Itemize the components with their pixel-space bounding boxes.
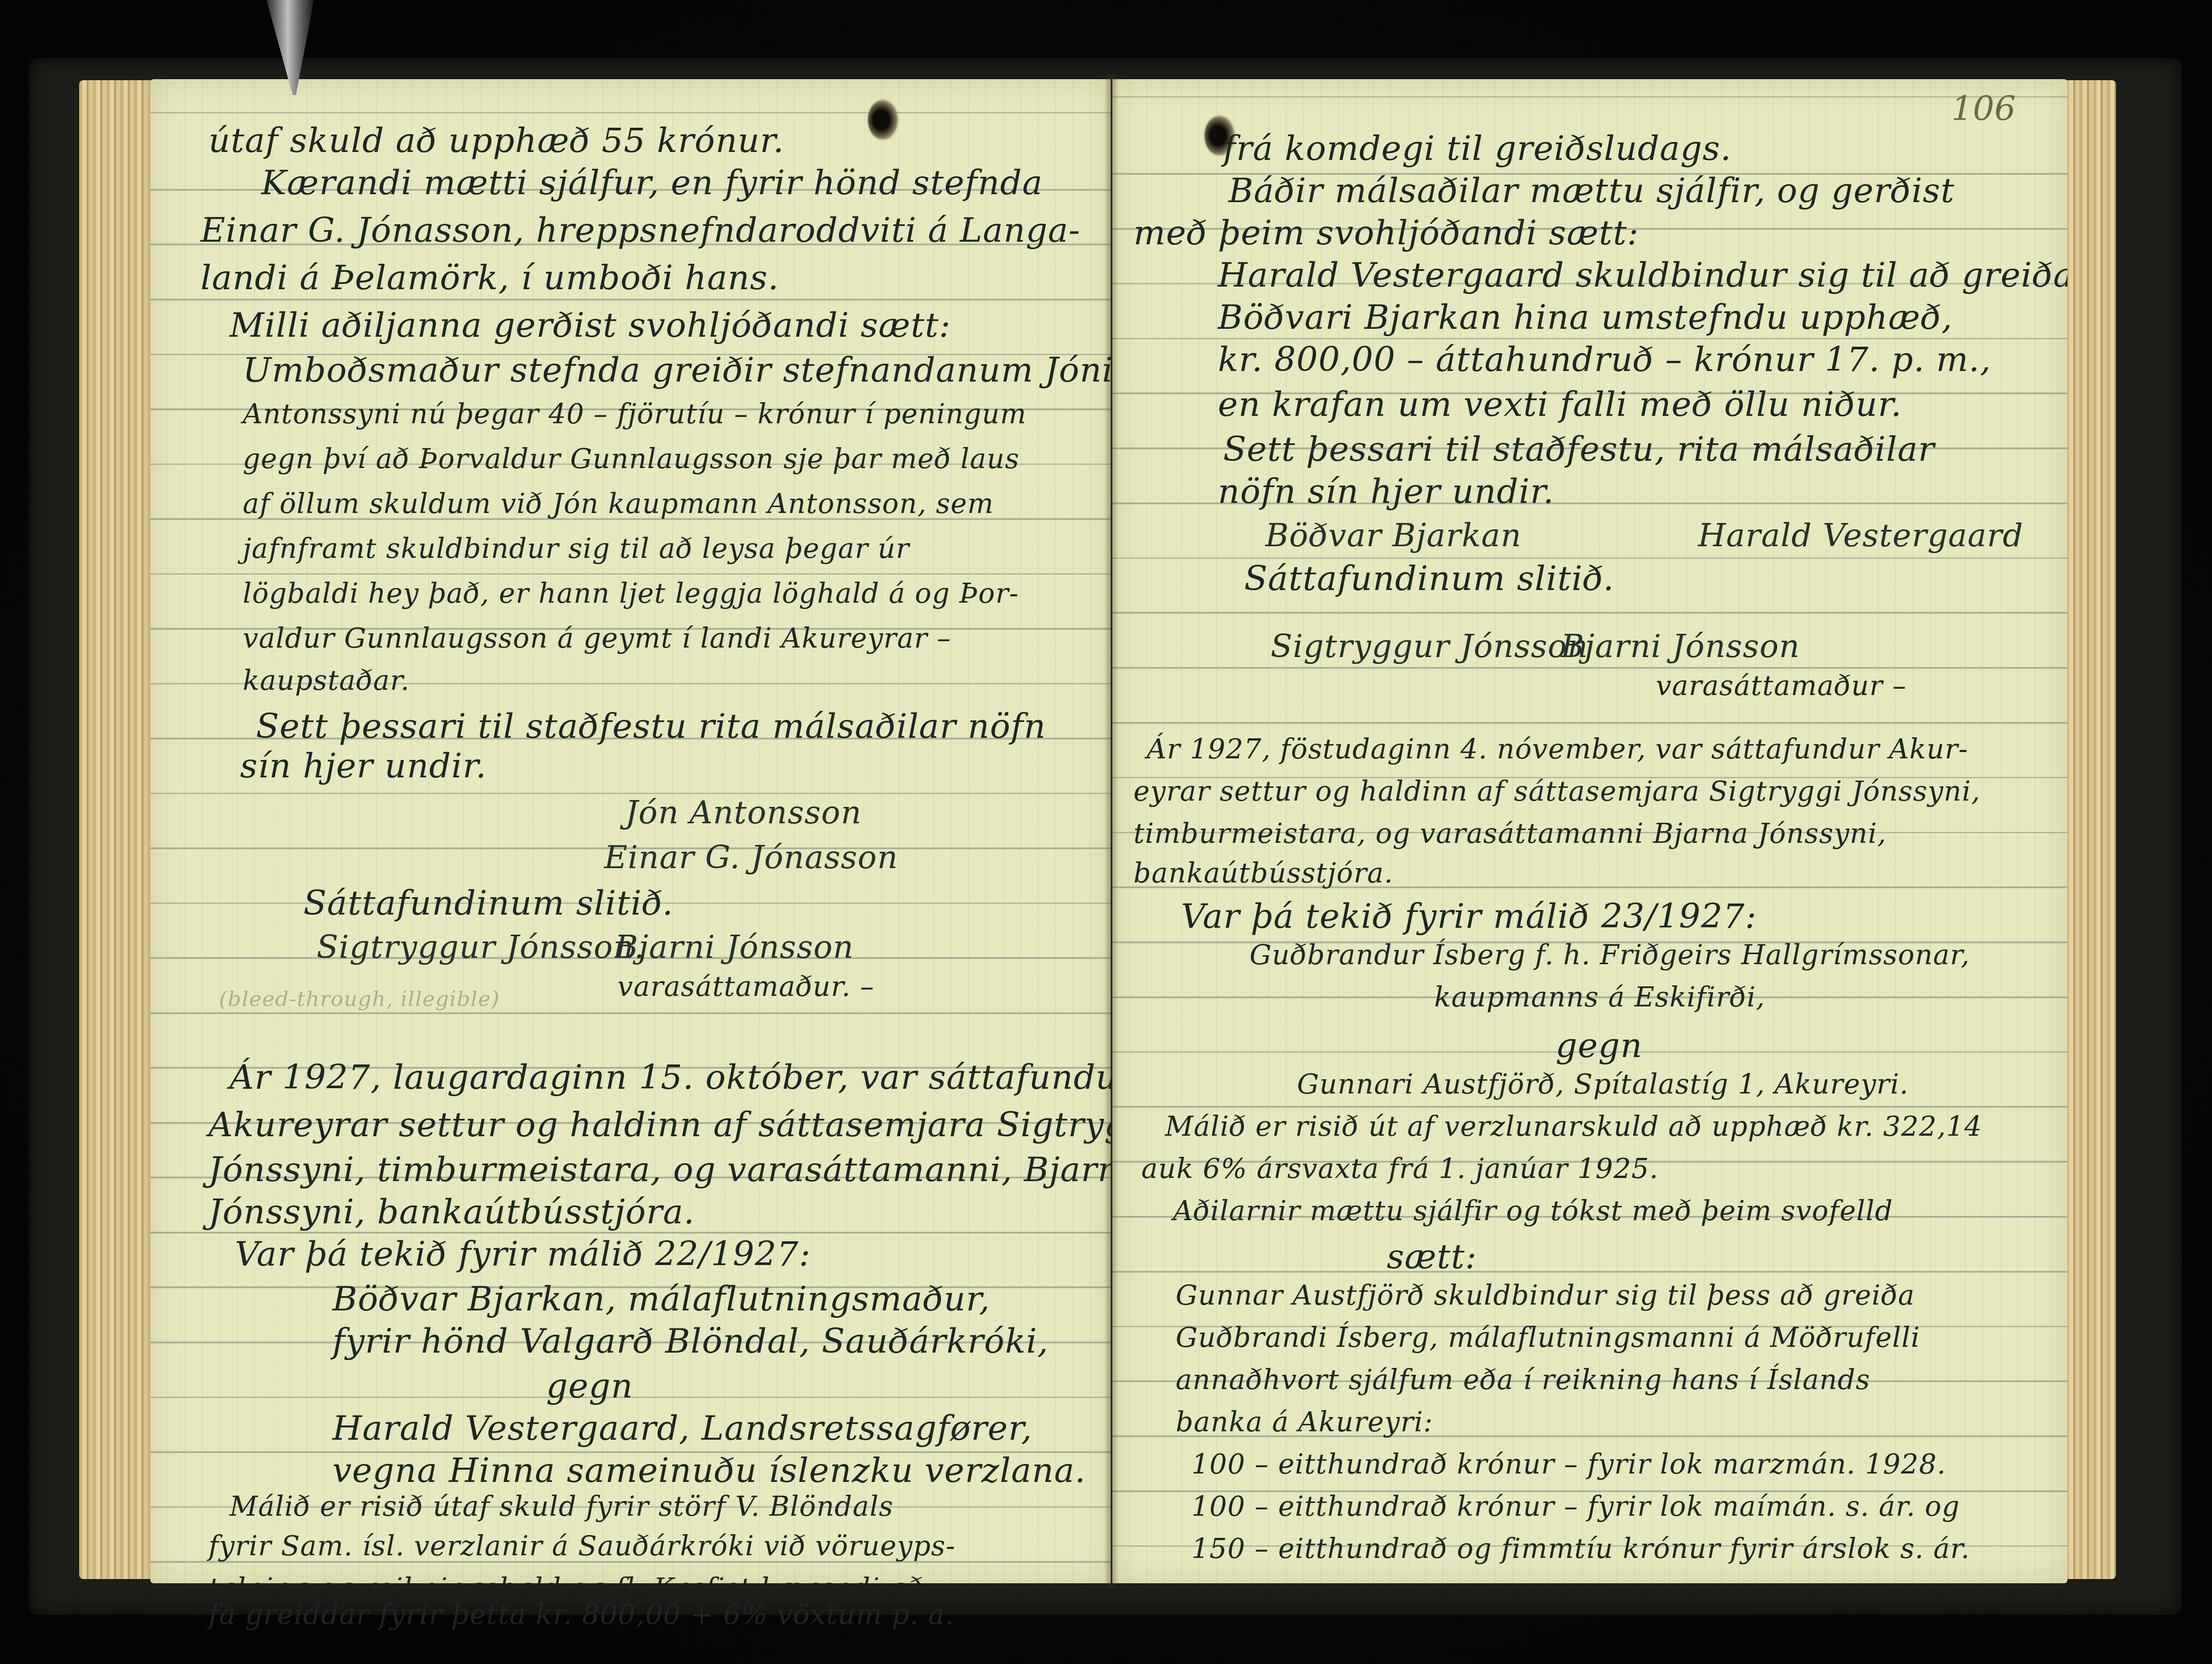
installment-line: 100 – eitthundrað krónur – fyrir lok mar… <box>1191 1449 1946 1480</box>
signature-title: varasáttamaður. – <box>617 971 874 1003</box>
text-line: fá greiddar fyrir þetta kr. 800,00 + 6% … <box>208 1599 955 1631</box>
text-line: útaf skuld að upphæð 55 krónur. <box>208 121 784 160</box>
plaintiff-line: fyrir hönd Valgarð Blöndal, Sauðárkróki, <box>332 1322 1048 1361</box>
plaintiff-line: Guðbrandur Ísberg f. h. Friðgeirs Hallgr… <box>1250 939 1970 971</box>
text-line: Kærandi mætti sjálfur, en fyrir hönd ste… <box>261 164 1043 203</box>
page-number: 106 <box>1951 90 2016 129</box>
signature: Einar G. Jónasson <box>604 839 898 876</box>
text-line: Jónssyni, timburmeistara, og varasáttama… <box>208 1150 1111 1190</box>
versus-label: gegn <box>546 1367 633 1406</box>
defendant-line: Gunnari Austfjörð, Spítalastíg 1, Akurey… <box>1297 1069 1909 1100</box>
punch-hole <box>868 100 898 139</box>
text-line: eyrar settur og haldinn af sáttasemjara … <box>1133 776 1980 807</box>
text-line: Aðilarnir mættu sjálfir og tókst með þei… <box>1173 1195 1893 1227</box>
text-line: fyrir Sam. ísl. verzlanir á Sauðárkróki … <box>208 1530 956 1562</box>
text-line: af öllum skuldum við Jón kaupmann Antons… <box>243 488 994 520</box>
text-line: annaðhvort sjálfum eða í reikning hans í… <box>1176 1364 1870 1396</box>
closing-line: Sáttafundinum slitið. <box>1244 559 1614 598</box>
text-line: auk 6% ársvaxta frá 1. janúar 1925. <box>1141 1153 1658 1185</box>
text-line: Antonssyni nú þegar 40 – fjörutíu – krón… <box>243 398 1027 430</box>
signature: Harald Vestergaard <box>1698 517 2024 554</box>
text-line: jafnframt skuldbindur sig til að leysa þ… <box>243 533 910 565</box>
signature: Sigtryggur Jónsson. <box>317 929 645 966</box>
text-line: Sett þessari til staðfestu, rita málsaði… <box>1223 430 1935 469</box>
text-line: Báðir málsaðilar mættu sjálfir, og gerði… <box>1228 172 1954 211</box>
signature: Bjarni Jónsson <box>615 929 854 966</box>
text-line: Málið er risið útaf skuld fyrir störf V.… <box>230 1491 893 1523</box>
text-line: Gunnar Austfjörð skuldbindur sig til þes… <box>1176 1280 1915 1311</box>
text-line: bankaútbússtjóra. <box>1133 858 1394 889</box>
plaintiff-line: Böðvar Bjarkan, málaflutningsmaður, <box>332 1280 990 1319</box>
text-line: en krafan um vexti falli með öllu niður. <box>1218 385 1902 424</box>
bleed-through-mark: (bleed-through, illegible) <box>219 987 500 1011</box>
closing-line: Sáttafundinum slitið. <box>303 884 673 923</box>
text-line: Ár 1927, föstudaginn 4. nóvember, var sá… <box>1147 734 1968 765</box>
text-line: Sett þessari til staðfestu rita málsaðil… <box>256 707 1046 746</box>
text-line: banka á Akureyri: <box>1176 1406 1433 1438</box>
case-heading: Var þá tekið fyrir málið 23/1927: <box>1181 897 1757 936</box>
case-heading: Var þá tekið fyrir málið 22/1927: <box>235 1235 811 1274</box>
signature-title: varasáttamaður – <box>1656 670 1906 702</box>
text-line: Einar G. Jónasson, hreppsnefndaroddviti … <box>201 211 1081 250</box>
text-line: kr. 800,00 – áttahundruð – krónur 17. p.… <box>1218 340 1991 379</box>
left-page: útaf skuld að upphæð 55 krónur. Kærandi … <box>150 79 1111 1583</box>
text-line: sætt: <box>1387 1238 1477 1277</box>
right-page-edges <box>2066 80 2116 1579</box>
text-line: Böðvari Bjarkan hina umstefndu upphæð, <box>1218 298 1953 337</box>
scan-background: útaf skuld að upphæð 55 krónur. Kærandi … <box>0 0 2212 1664</box>
signature: Jón Antonsson <box>625 794 862 831</box>
defendant-line: Harald Vestergaard, Landsretssagfører, <box>332 1409 1033 1448</box>
text-line: lögbaldi hey það, er hann ljet leggja lö… <box>243 578 1019 610</box>
text-line: Milli aðiljanna gerðist svohljóðandi sæt… <box>230 306 951 345</box>
text-line: Ár 1927, laugardaginn 15. október, var s… <box>230 1058 1111 1097</box>
text-line: sín hjer undir. <box>240 747 487 786</box>
left-page-edges <box>79 80 153 1579</box>
signature: Böðvar Bjarkan <box>1265 517 1522 554</box>
installment-line: 100 – eitthundrað krónur – fyrir lok maí… <box>1191 1491 1960 1523</box>
text-line: valdur Gunnlaugsson á geymt í landi Akur… <box>243 623 951 654</box>
text-line: Harald Vestergaard skuldbindur sig til a… <box>1218 256 2067 295</box>
signature: Sigtryggur Jónsson <box>1271 628 1588 665</box>
text-line: Umboðsmaður stefnda greiðir stefnandanum… <box>243 351 1111 390</box>
plaintiff-line: kaupmanns á Eskifirði, <box>1434 982 1765 1013</box>
text-line: nöfn sín hjer undir. <box>1218 472 1555 511</box>
text-line: Jónssyni, bankaútbússtjóra. <box>208 1193 695 1232</box>
installment-line: 150 – eitthundrað og fimmtíu krónur fyri… <box>1191 1533 1970 1565</box>
text-line: kaupstaðar. <box>243 665 410 697</box>
text-line: landi á Þelamörk, í umboði hans. <box>201 259 779 298</box>
text-line: Málið er risið út af verzlunarskuld að u… <box>1165 1111 1982 1143</box>
text-line: Akureyrar settur og haldinn af sáttasemj… <box>208 1106 1111 1145</box>
text-line: talning og reikningshald og fl. Krafist … <box>208 1573 923 1583</box>
text-line: með þeim svohljóðandi sætt: <box>1133 214 1639 253</box>
right-page: 106 frá komdegi til greiðsludags. Báðir … <box>1112 79 2067 1583</box>
defendant-line: vegna Hinna sameinuðu íslenzku verzlana. <box>332 1451 1086 1490</box>
signature: Bjarni Jónsson <box>1561 628 1800 665</box>
versus-label: gegn <box>1556 1026 1643 1066</box>
text-line: gegn því að Þorvaldur Gunnlaugsson sje þ… <box>243 443 1019 475</box>
book-gutter <box>1104 74 1119 1589</box>
text-line: Guðbrandi Ísberg, málaflutningsmanni á M… <box>1176 1322 1920 1354</box>
text-line: frá komdegi til greiðsludags. <box>1223 129 1732 168</box>
text-line: timburmeistara, og varasáttamanni Bjarna… <box>1133 818 1886 850</box>
